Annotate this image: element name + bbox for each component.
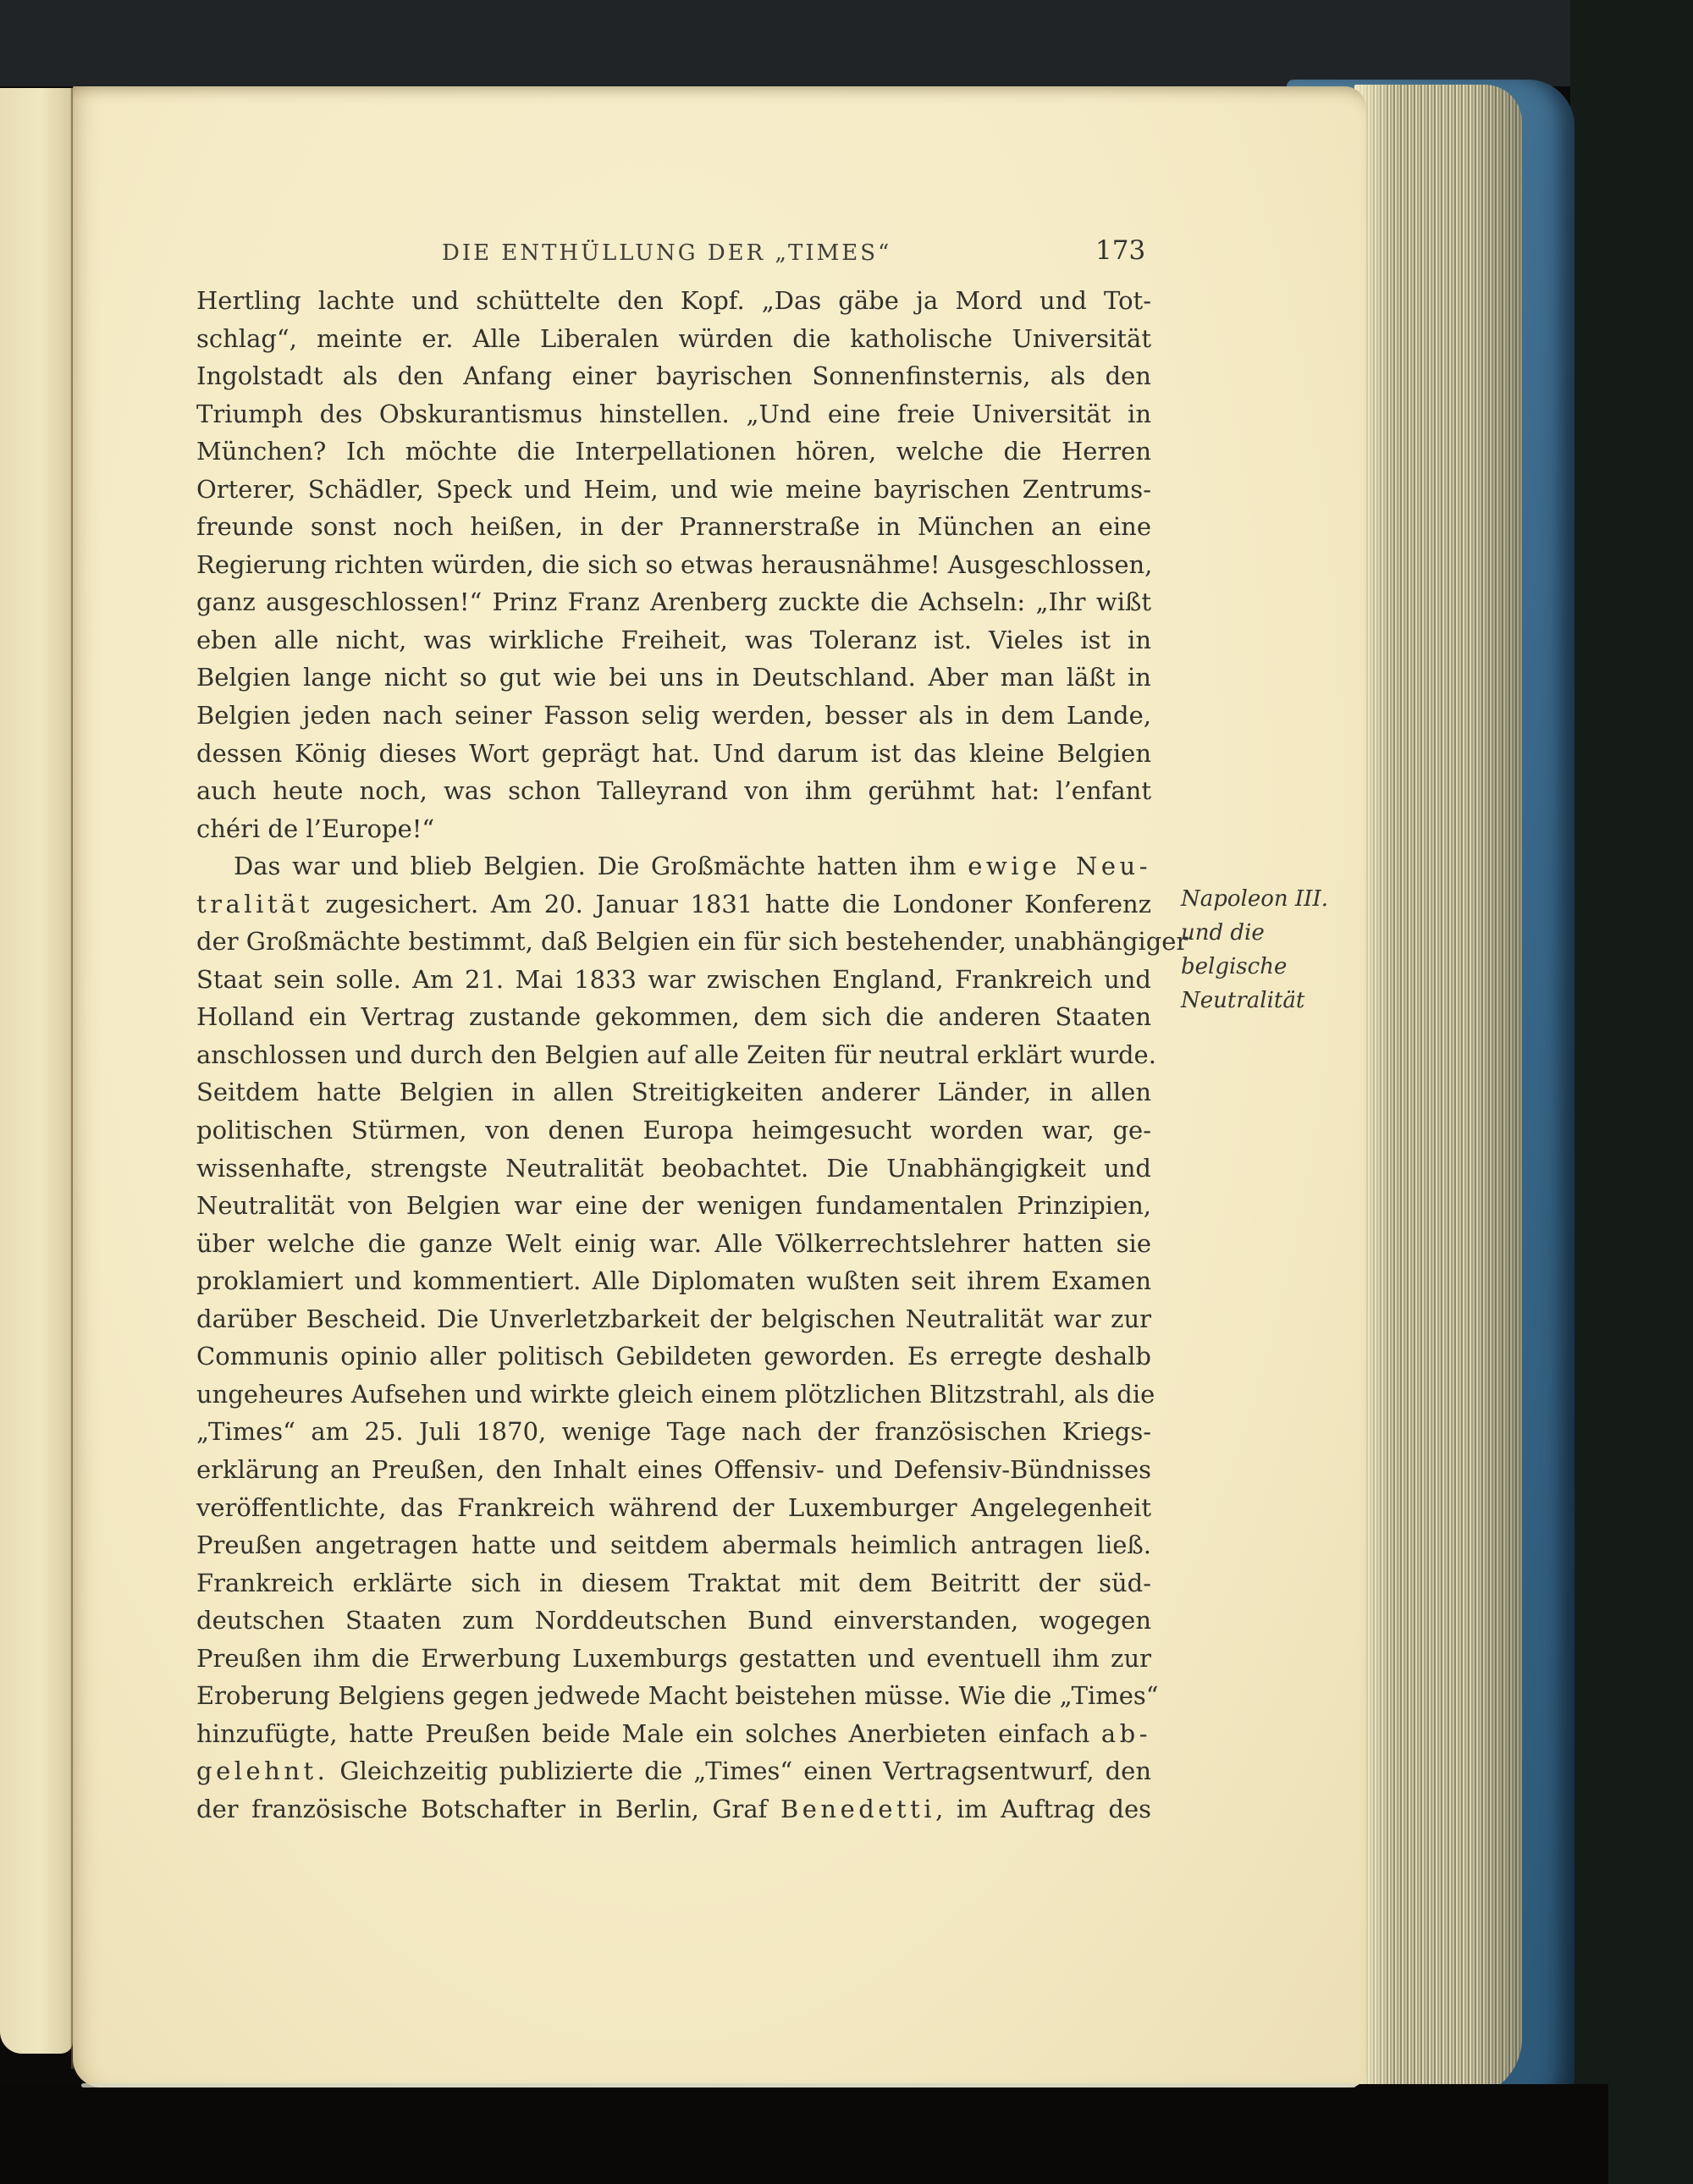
running-header-title: DIE ENTHÜLLUNG DER „TIMES“ <box>442 240 891 266</box>
margin-note-line: Neutralität <box>1181 984 1384 1018</box>
facing-page-edge <box>0 88 73 2054</box>
book-scan: DIE ENTHÜLLUNG DER „TIMES“ 173 Hertling … <box>0 0 1693 2184</box>
text-line: gelehnt. Gleichzeitig publizierte die „T… <box>196 1752 1151 1790</box>
text-line: Eroberung Belgiens gegen jedwede Macht b… <box>196 1677 1151 1715</box>
body-text: Hertling lachte und schüttelte den Kopf.… <box>196 282 1151 1828</box>
text-line: politischen Stürmen, von denen Europa he… <box>196 1111 1151 1150</box>
text-line: dessen König dieses Wort geprägt hat. Un… <box>196 735 1151 773</box>
text-line: Belgien jeden nach seiner Fasson selig w… <box>196 697 1151 735</box>
text-line: freunde sonst noch heißen, in der Pranne… <box>196 508 1151 546</box>
text-line: Das war und blieb Belgien. Die Großmächt… <box>196 847 1151 885</box>
text-line: hinzufügte, hatte Preußen beide Male ein… <box>196 1715 1151 1753</box>
text-line: Preußen angetragen hatte und seitdem abe… <box>196 1526 1151 1564</box>
text-line: Orterer, Schädler, Speck und Heim, und w… <box>196 471 1151 509</box>
margin-note-line: Napoleon III. <box>1181 882 1384 916</box>
text-line: Hertling lachte und schüttelte den Kopf.… <box>196 282 1151 320</box>
page-fore-edge <box>1354 85 1522 2098</box>
text-line: anschlossen und durch den Belgien auf al… <box>196 1036 1151 1074</box>
text-line: deutschen Staaten zum Norddeutschen Bund… <box>196 1602 1151 1640</box>
text-line: Frankreich erklärte sich in diesem Trakt… <box>196 1564 1151 1602</box>
margin-note-line: belgische <box>1181 950 1384 984</box>
text-line: wissenhafte, strengste Neutralität beoba… <box>196 1150 1151 1188</box>
text-line: darüber Bescheid. Die Unverletzbarkeit d… <box>196 1300 1151 1338</box>
text-line: chéri de l’Europe!“ <box>196 810 1151 848</box>
scan-background-right <box>1570 0 1693 2184</box>
text-line: veröffentlichte, das Frankreich während … <box>196 1489 1151 1527</box>
text-line: auch heute noch, was schon Talleyrand vo… <box>196 772 1151 810</box>
text-line: Belgien lange nicht so gut wie bei uns i… <box>196 659 1151 697</box>
text-line: schlag“, meinte er. Alle Liberalen würde… <box>196 320 1151 358</box>
page-bottom-edge <box>81 2083 1356 2087</box>
text-line: Triumph des Obskurantismus hinstellen. „… <box>196 395 1151 433</box>
margin-note: Napoleon III.und diebelgischeNeutralität <box>1181 882 1384 1018</box>
book-page: DIE ENTHÜLLUNG DER „TIMES“ 173 Hertling … <box>73 86 1366 2087</box>
text-line: Holland ein Vertrag zustande gekommen, d… <box>196 998 1151 1036</box>
text-line: ungeheures Aufsehen und wirkte gleich ei… <box>196 1376 1151 1414</box>
text-line: „Times“ am 25. Juli 1870, wenige Tage na… <box>196 1413 1151 1451</box>
text-line: Seitdem hatte Belgien in allen Streitigk… <box>196 1073 1151 1111</box>
text-line: der Großmächte bestimmt, daß Belgien ein… <box>196 923 1151 961</box>
text-line: Communis opinio aller politisch Gebildet… <box>196 1337 1151 1376</box>
text-line: Preußen ihm die Erwerbung Luxemburgs ges… <box>196 1640 1151 1678</box>
scan-background-bottom <box>0 2084 1608 2184</box>
text-line: proklamiert und kommentiert. Alle Diplom… <box>196 1262 1151 1300</box>
text-line: Staat sein solle. Am 21. Mai 1833 war zw… <box>196 961 1151 999</box>
text-line: über welche die ganze Welt einig war. Al… <box>196 1225 1151 1263</box>
text-line: tralität zugesichert. Am 20. Januar 1831… <box>196 885 1151 924</box>
text-line: Neutralität von Belgien war eine der wen… <box>196 1187 1151 1225</box>
text-line: eben alle nicht, was wirkliche Freiheit,… <box>196 621 1151 659</box>
text-line: München? Ich möchte die Interpellationen… <box>196 433 1151 471</box>
scan-background-top <box>0 0 1608 86</box>
text-line: der französische Botschafter in Berlin, … <box>196 1790 1151 1828</box>
text-line: ganz ausgeschlossen!“ Prinz Franz Arenbe… <box>196 583 1151 621</box>
text-line: Regierung richten würden, die sich so et… <box>196 546 1151 584</box>
text-line: Ingolstadt als den Anfang einer bayrisch… <box>196 357 1151 395</box>
text-line: erklärung an Preußen, den Inhalt eines O… <box>196 1451 1151 1489</box>
margin-note-line: und die <box>1181 916 1384 950</box>
page-number: 173 <box>1095 235 1145 266</box>
